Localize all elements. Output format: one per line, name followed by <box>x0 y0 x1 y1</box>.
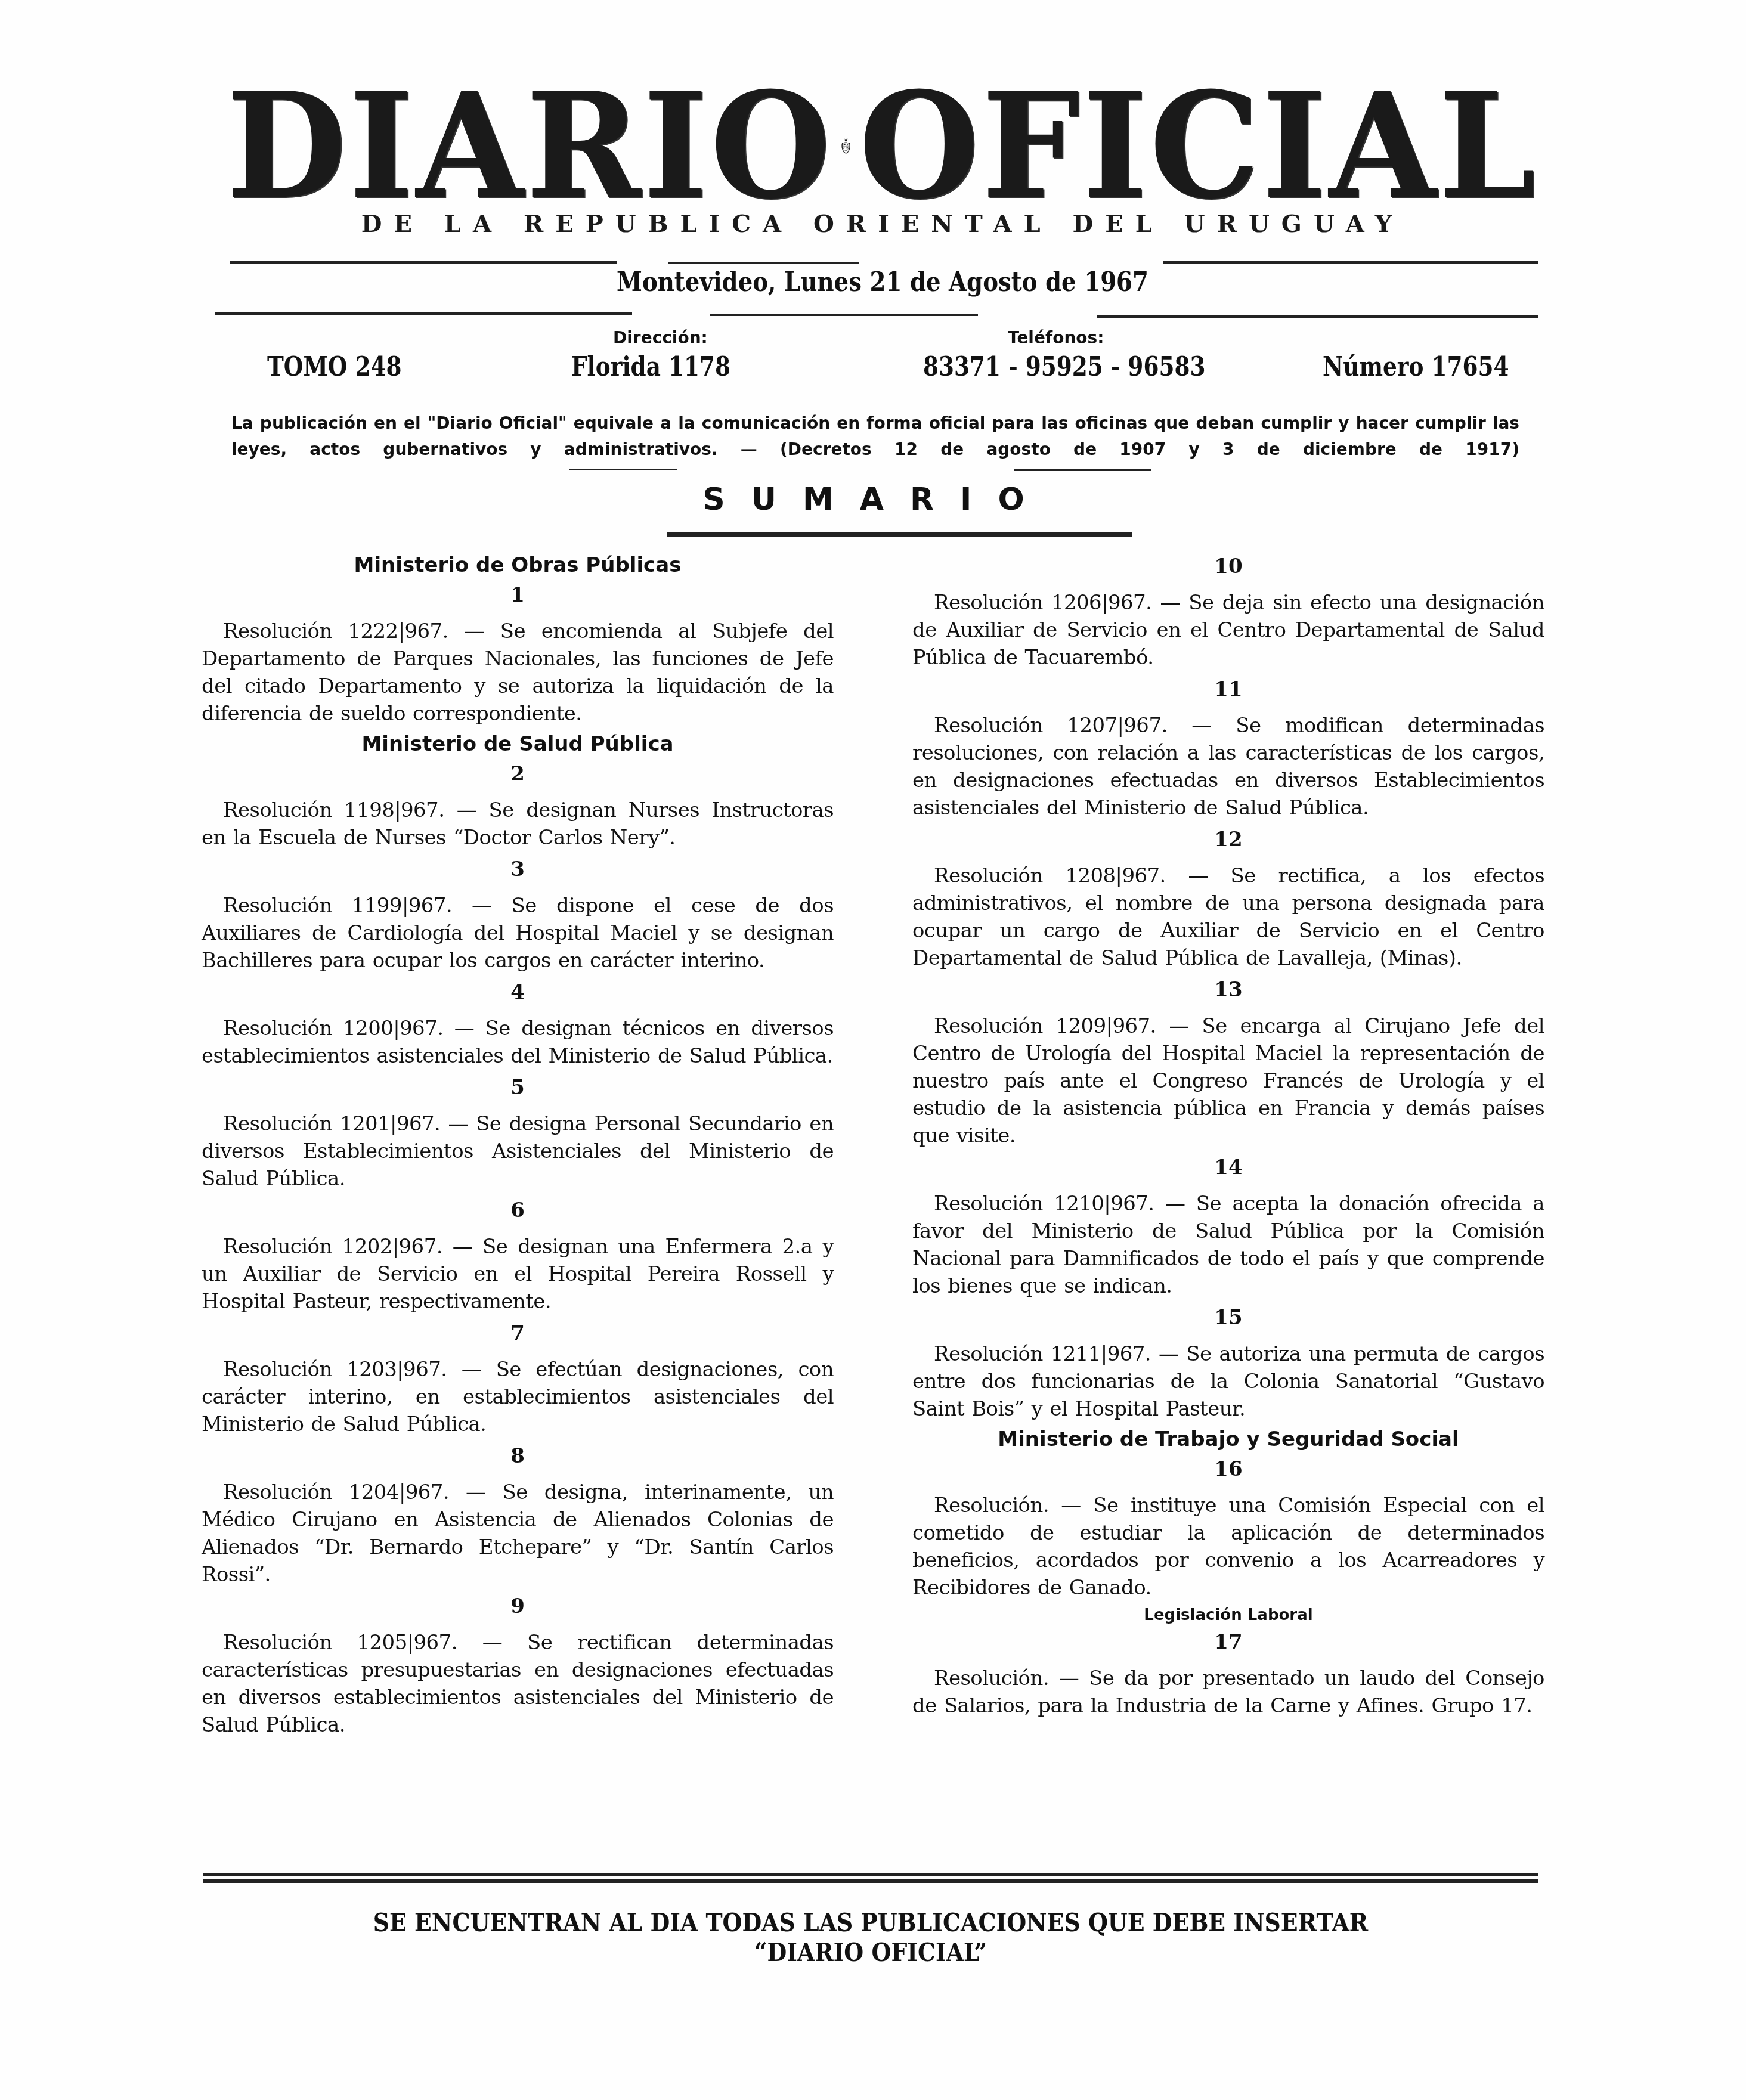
resolution-summary: Resolución 1206|967. — Se deja sin efect… <box>912 589 1544 671</box>
resolution-summary: Resolución. — Se da por presentado un la… <box>912 1665 1544 1720</box>
resolution-summary: Resolución 1205|967. — Se rectifican det… <box>202 1629 834 1739</box>
item-number: 4 <box>202 980 834 1004</box>
footer-notice-line1: SE ENCUENTRAN AL DIA TODAS LAS PUBLICACI… <box>270 1908 1472 1937</box>
tomo-number: TOMO 248 <box>267 352 401 382</box>
item-number: 16 <box>912 1457 1544 1481</box>
footer-notice-line2: “DIARIO OFICIAL” <box>270 1938 1472 1967</box>
item-number: 1 <box>202 583 834 607</box>
sumario-underline <box>667 532 1132 537</box>
sumario-title: SUMARIO <box>632 482 1121 518</box>
resolution-summary: Resolución. — Se instituye una Comisión … <box>912 1492 1544 1602</box>
resolution-summary: Resolución 1208|967. — Se rectifica, a l… <box>912 862 1544 972</box>
resolution-summary: Resolución 1201|967. — Se designa Person… <box>202 1110 834 1193</box>
divider-rule <box>569 469 677 470</box>
divider-rule <box>230 261 617 264</box>
summary-column-right: 10Resolución 1206|967. — Se deja sin efe… <box>912 549 1544 1720</box>
divider-rule <box>1014 469 1151 471</box>
resolution-summary: Resolución 1199|967. — Se dispone el ces… <box>202 892 834 974</box>
divider-rule <box>1163 261 1538 264</box>
ministry-heading: Ministerio de Salud Pública <box>202 732 834 756</box>
direccion-value: Florida 1178 <box>571 352 730 382</box>
ministry-heading: Ministerio de Trabajo y Seguridad Social <box>912 1427 1544 1451</box>
item-number: 11 <box>912 677 1544 701</box>
item-number: 2 <box>202 762 834 786</box>
resolution-summary: Resolución 1209|967. — Se encarga al Cir… <box>912 1012 1544 1150</box>
item-number: 13 <box>912 978 1544 1002</box>
direccion-label: Dirección: <box>613 328 708 348</box>
resolution-summary: Resolución 1200|967. — Se designan técni… <box>202 1015 834 1070</box>
resolution-summary: Resolución 1204|967. — Se designa, inter… <box>202 1479 834 1588</box>
masthead: DIARIO OFICIAL <box>227 83 1538 209</box>
masthead-title-left: DIARIO <box>227 73 833 219</box>
issue-number: Número 17654 <box>1323 352 1509 382</box>
resolution-summary: Resolución 1211|967. — Se autoriza una p… <box>912 1340 1544 1423</box>
divider-rule <box>215 312 632 315</box>
item-number: 12 <box>912 828 1544 851</box>
item-number: 6 <box>202 1198 834 1222</box>
masthead-subtitle: DE LA REPUBLICA ORIENTAL DEL URUGUAY <box>227 210 1538 238</box>
item-number: 15 <box>912 1306 1544 1330</box>
telefonos-label: Teléfonos: <box>1008 328 1104 348</box>
item-number: 3 <box>202 857 834 881</box>
footer-rule <box>203 1879 1538 1883</box>
dateline: Montevideo, Lunes 21 de Agosto de 1967 <box>305 267 1460 298</box>
resolution-summary: Resolución 1198|967. — Se designan Nurse… <box>202 797 834 851</box>
item-number: 5 <box>202 1076 834 1099</box>
divider-rule <box>668 262 859 264</box>
masthead-title-right: OFICIAL <box>859 73 1538 219</box>
subsection-heading: Legislación Laboral <box>912 1606 1544 1624</box>
divider-rule <box>710 314 978 316</box>
item-number: 8 <box>202 1444 834 1468</box>
divider-rule <box>1097 315 1538 318</box>
summary-column-left: Ministerio de Obras Públicas1Resolución … <box>202 549 834 1739</box>
item-number: 14 <box>912 1156 1544 1179</box>
item-number: 9 <box>202 1594 834 1618</box>
resolution-summary: Resolución 1222|967. — Se encomienda al … <box>202 618 834 727</box>
ministry-heading: Ministerio de Obras Públicas <box>202 553 834 577</box>
telefonos-value: 83371 - 95925 - 96583 <box>923 352 1205 382</box>
resolution-summary: Resolución 1210|967. — Se acepta la dona… <box>912 1190 1544 1300</box>
resolution-summary: Resolución 1202|967. — Se designan una E… <box>202 1233 834 1315</box>
item-number: 10 <box>912 555 1544 578</box>
legal-notice: La publicación en el "Diario Oficial" eq… <box>231 410 1519 463</box>
newspaper-page: DIARIO OFICIAL DE LA REPUBLICA ORIENTAL … <box>0 0 1746 2100</box>
coat-of-arms-icon <box>840 66 852 227</box>
resolution-summary: Resolución 1207|967. — Se modifican dete… <box>912 712 1544 822</box>
item-number: 17 <box>912 1630 1544 1654</box>
item-number: 7 <box>202 1321 834 1345</box>
footer-rule <box>203 1873 1538 1876</box>
resolution-summary: Resolución 1203|967. — Se efectúan desig… <box>202 1356 834 1438</box>
